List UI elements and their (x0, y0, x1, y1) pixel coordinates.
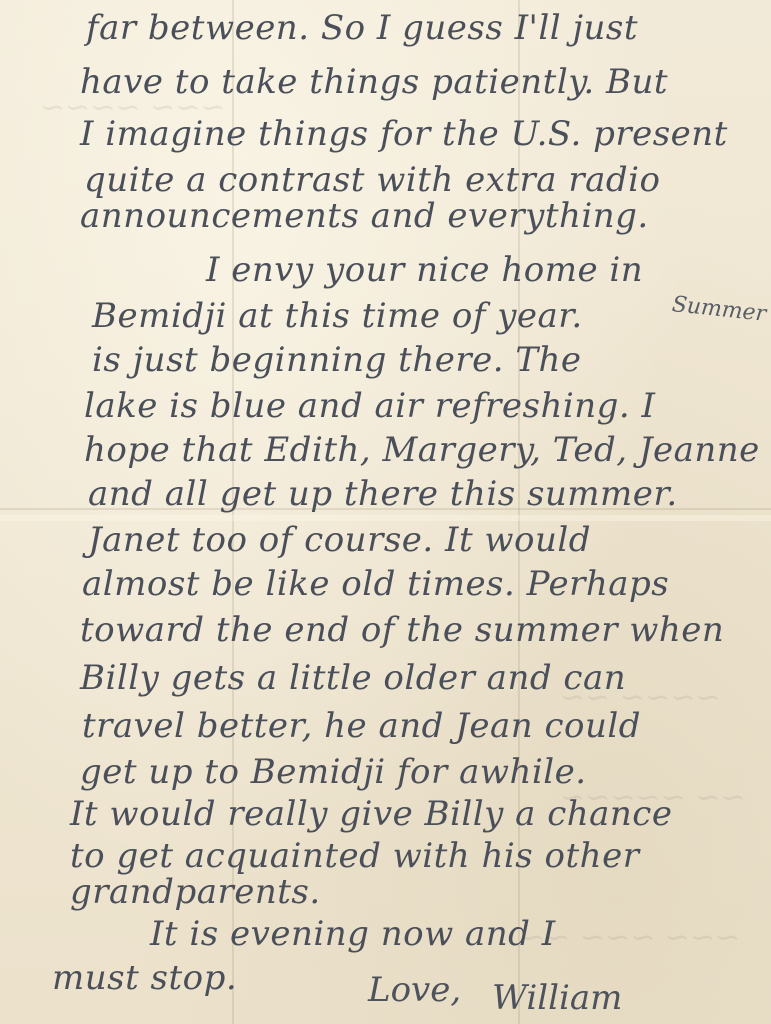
letter-line: is just beginning there. The (92, 340, 582, 380)
letter-line: far between. So I guess I'll just (86, 8, 638, 48)
letter-line: Janet too of course. It would (88, 520, 591, 560)
letter-line: It would really give Billy a chance (70, 794, 672, 834)
letter-line: quite a contrast with extra radio (84, 160, 661, 200)
margin-note: Summer (671, 292, 768, 327)
letter-line: It is evening now and I (150, 914, 556, 954)
letter-line: and all get up there this summer. (88, 474, 678, 514)
letter-line: I imagine things for the U.S. present (80, 114, 728, 154)
letter-line: announcements and everything. (80, 196, 649, 236)
letter-page: ~~~ ~~~~ ~~~~ ~~ ~~ ~~~~~ ~~~ ~~~ ~~ far… (0, 0, 771, 1024)
letter-line: lake is blue and air refreshing. I (84, 386, 655, 426)
letter-line: Billy gets a little older and can (80, 658, 626, 698)
letter-line: almost be like old times. Perhaps (82, 564, 669, 604)
letter-line: get up to Bemidji for awhile. (80, 752, 587, 792)
letter-line: must stop. (52, 958, 237, 998)
signature: William (492, 978, 622, 1018)
letter-line: grandparents. (70, 872, 321, 912)
closing-salutation: Love, (368, 970, 461, 1010)
letter-line: travel better, he and Jean could (82, 706, 641, 746)
letter-line: I envy your nice home in (206, 250, 643, 290)
letter-line: Bemidji at this time of year. (92, 296, 583, 336)
letter-line: have to take things patiently. But (80, 62, 668, 102)
letter-line: to get acquainted with his other (70, 836, 639, 876)
letter-line: toward the end of the summer when (80, 610, 724, 650)
letter-line: hope that Edith, Margery, Ted, Jeanne (84, 430, 760, 470)
